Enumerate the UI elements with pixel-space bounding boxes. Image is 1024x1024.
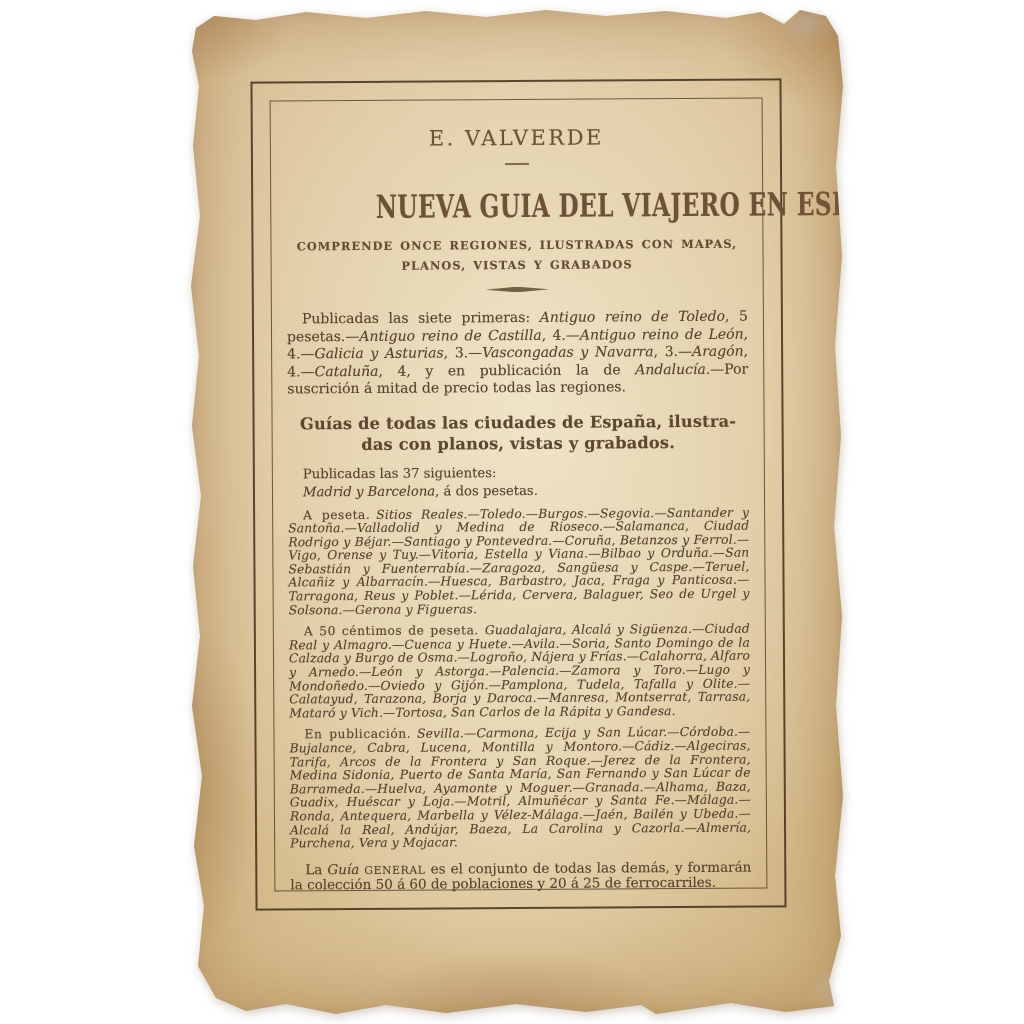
paper-surface: E. VALVERDE NUEVA GUIA DEL VIAJERO EN ES… [186,6,846,1018]
page-border-outer: E. VALVERDE NUEVA GUIA DEL VIAJERO EN ES… [250,78,786,910]
author-rule [504,163,528,165]
paragraph-published-count: Publicadas las 37 siguientes: [288,464,749,483]
book-title: NUEVA GUIA DEL VIAJERO EN ESPAÑA Y PORTU… [286,188,747,223]
cities-heading-line-1: Guías de todas las ciudades de España, i… [287,410,748,434]
paragraph-general-guide: La Guía GENERAL es el conjunto de todas … [290,860,751,894]
book-title-text: NUEVA GUIA DEL VIAJERO EN ESPAÑA Y PORTU… [376,184,1024,226]
paragraph-in-publication: En publicación.Sevilla.—Carmona, Ecija y… [289,726,751,851]
subtitle-line-2: PLANOS, VISTAS Y GRABADOS [287,257,748,274]
paragraph-one-peseta: A peseta.Sitios Reales.—Toledo.—Burgos.—… [288,506,750,618]
author-name: E. VALVERDE [286,125,747,152]
page-content: E. VALVERDE NUEVA GUIA DEL VIAJERO EN ES… [271,99,767,891]
cities-heading-line-2: das con planos, vistas y grabados. [288,432,749,456]
book-page: E. VALVERDE NUEVA GUIA DEL VIAJERO EN ES… [186,6,846,1018]
paragraph-madrid-barcelona: Madrid y Barcelona, á dos pesetas. [288,482,749,501]
paragraph-published-regions: Publicadas las siete primeras: Antiguo r… [287,309,749,399]
subtitle-line-1: COMPRENDE ONCE REGIONES, ILUSTRADAS CON … [286,237,747,254]
divider-ornament-icon [485,287,549,292]
cities-section-heading: Guías de todas las ciudades de España, i… [287,410,748,456]
page-border-inner: E. VALVERDE NUEVA GUIA DEL VIAJERO EN ES… [270,98,768,892]
photo-background: E. VALVERDE NUEVA GUIA DEL VIAJERO EN ES… [0,0,1024,1024]
paragraph-fifty-centimos: A 50 céntimos de peseta.Guadalajara, Alc… [289,623,751,721]
